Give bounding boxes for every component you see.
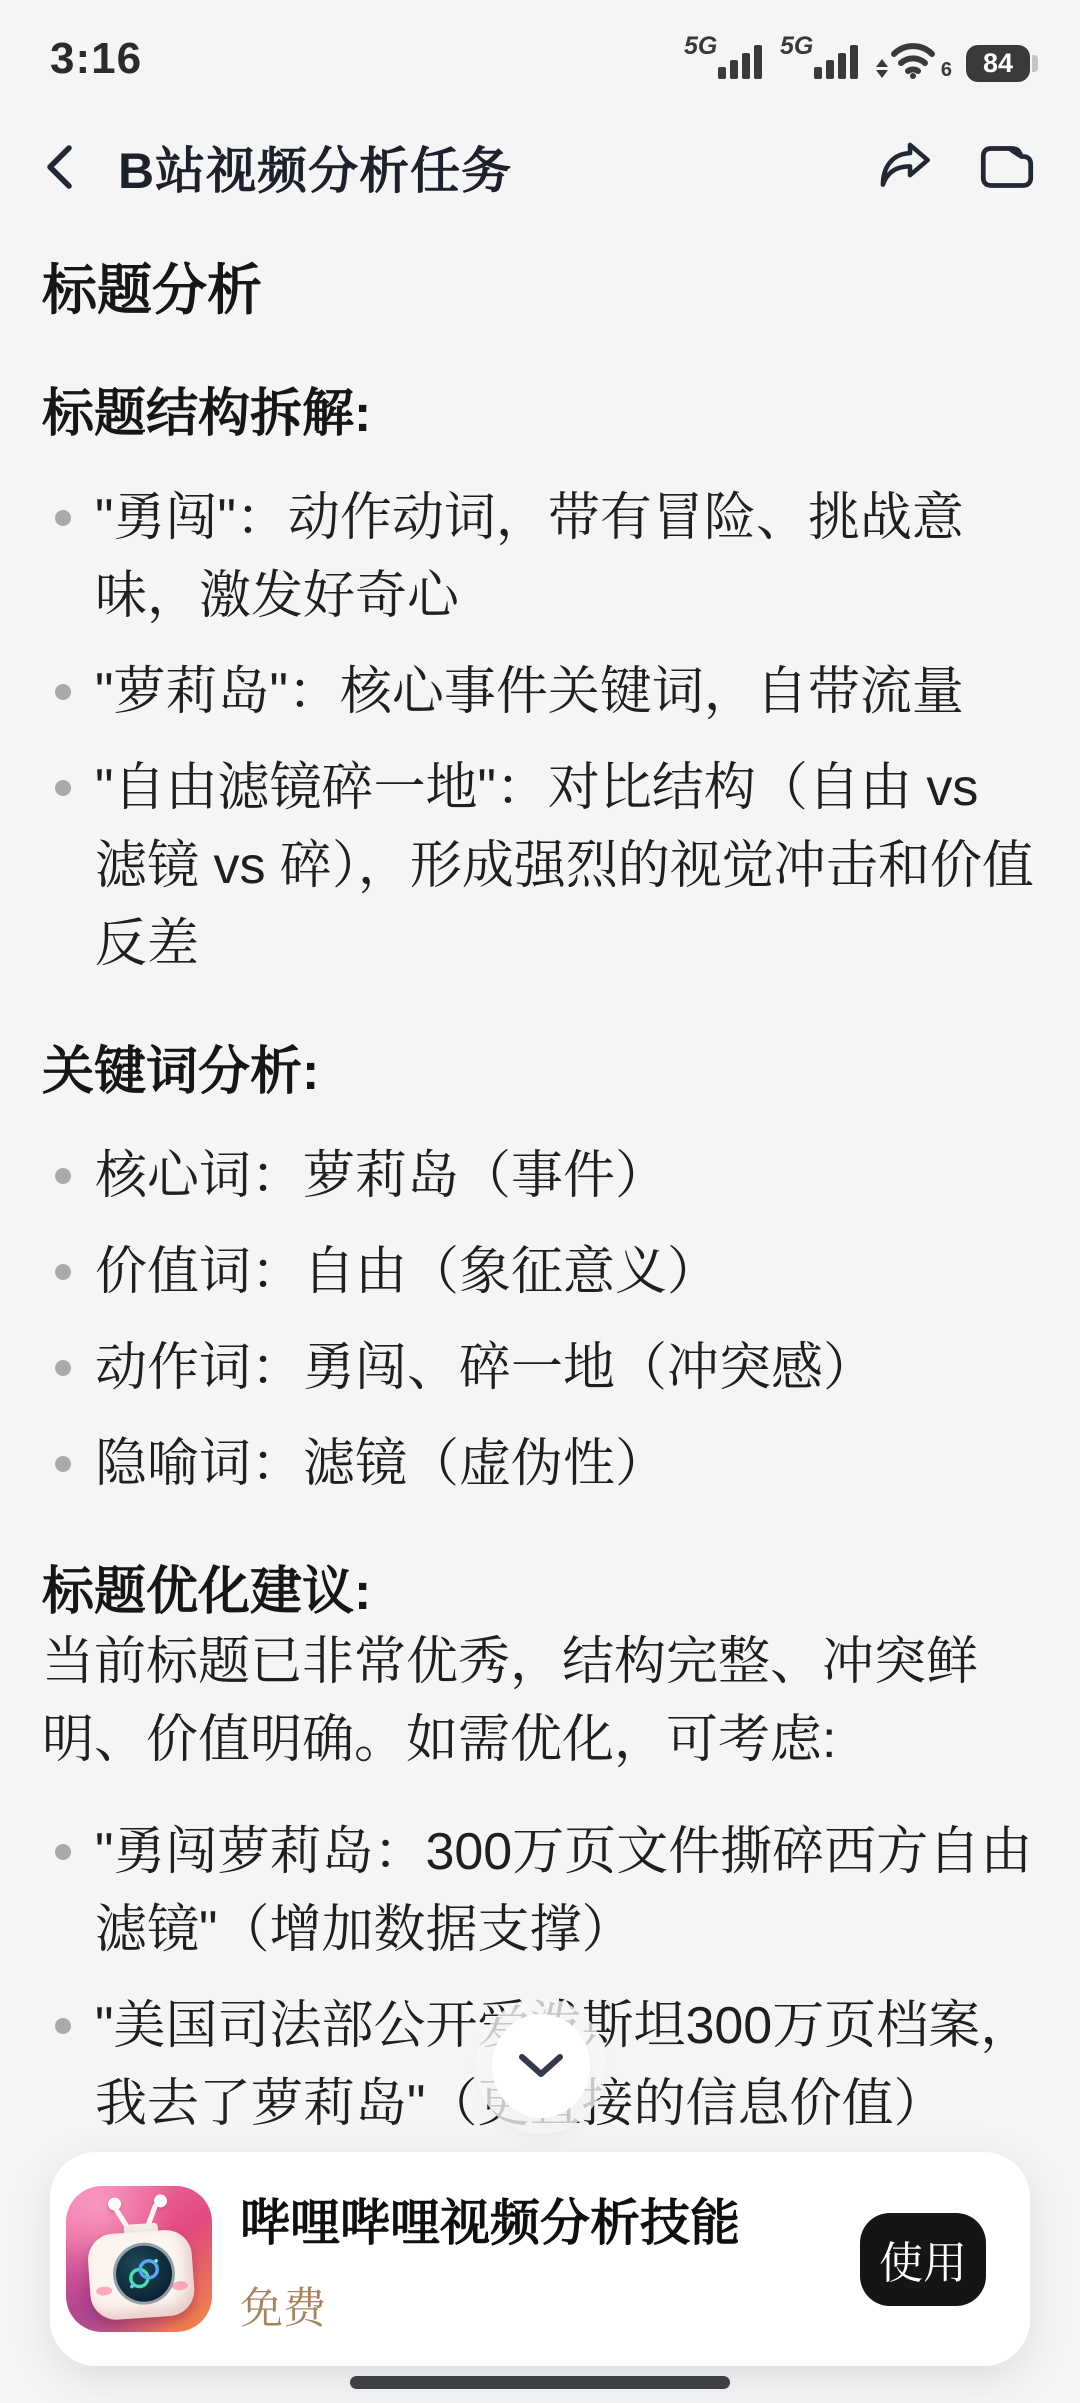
section-heading-optimization: 标题优化建议: xyxy=(42,1561,1038,1623)
bullet-list-keywords: 核心词：萝莉岛（事件） 价值词：自由（象征意义） 动作词：勇闯、碎一地（冲突感）… xyxy=(42,1137,1038,1503)
header-actions xyxy=(876,138,1036,196)
bullet-dot xyxy=(55,1456,71,1472)
cellular-signal-icon-2: 5G xyxy=(780,36,860,82)
bullet-dot xyxy=(55,1264,71,1280)
wifi-icon: 6 xyxy=(876,36,950,82)
list-item: "勇闯"：动作动词，带有冒险、挑战意味，激发好奇心 xyxy=(42,479,1038,635)
chevron-left-icon xyxy=(42,141,76,193)
status-bar: 3:16 5G 5G 6 84 xyxy=(0,0,1080,84)
scroll-down-button[interactable] xyxy=(492,2014,590,2118)
list-item: 动作词：勇闯、碎一地（冲突感） xyxy=(42,1329,1038,1407)
bullet-dot xyxy=(55,684,71,700)
share-button[interactable] xyxy=(876,138,934,196)
tv-screen-link-icon xyxy=(111,2241,177,2307)
tv-illustration xyxy=(66,2186,212,2332)
network-type-label-1: 5G xyxy=(684,32,717,61)
wifi6-label: 6 xyxy=(941,59,952,82)
list-item: "自由滤镜碎一地"：对比结构（自由 vs 滤镜 vs 碎），形成强烈的视觉冲击和… xyxy=(42,749,1038,983)
chevron-down-icon xyxy=(516,2053,566,2079)
bullet-dot xyxy=(55,780,71,796)
list-item: "勇闯萝莉岛：300万页文件撕碎西方自由滤镜"（增加数据支撑） xyxy=(42,1813,1038,1969)
bullet-text: 价值词：自由（象征意义） xyxy=(95,1243,719,1301)
list-item: 价值词：自由（象征意义） xyxy=(42,1233,1038,1311)
skill-price-badge: 免费 xyxy=(240,2275,740,2336)
bullet-dot xyxy=(55,2018,71,2034)
bullet-text: "萝莉岛"：核心事件关键词，自带流量 xyxy=(95,663,964,721)
optimization-paragraph: 当前标题已非常优秀，结构完整、冲突鲜明、价值明确。如需优化，可考虑: xyxy=(42,1623,1038,1779)
status-icons: 5G 5G 6 84 xyxy=(684,36,1038,84)
skill-title: 哔哩哔哩视频分析技能 xyxy=(240,2183,740,2255)
list-item: 核心词：萝莉岛（事件） xyxy=(42,1137,1038,1215)
home-indicator[interactable] xyxy=(350,2376,730,2389)
list-item: "萝莉岛"：核心事件关键词，自带流量 xyxy=(42,653,1038,731)
signal-bars-icon xyxy=(814,45,858,79)
nav-header: B站视频分析任务 xyxy=(0,124,1080,210)
folder-icon xyxy=(978,141,1036,193)
bullet-dot xyxy=(55,510,71,526)
skill-card[interactable]: 哔哩哔哩视频分析技能 免费 使用 xyxy=(50,2152,1030,2366)
wifi-traffic-arrows-icon xyxy=(876,59,888,78)
folder-button[interactable] xyxy=(978,138,1036,196)
back-button[interactable] xyxy=(42,139,82,195)
battery-level: 84 xyxy=(966,45,1030,82)
signal-bars-icon xyxy=(718,45,762,79)
list-item: 隐喻词：滤镜（虚伪性） xyxy=(42,1425,1038,1503)
battery-tip xyxy=(1032,55,1038,72)
bullet-text: "勇闯"：动作动词，带有冒险、挑战意味，激发好奇心 xyxy=(95,489,964,625)
page-title: B站视频分析任务 xyxy=(118,131,512,203)
bullet-dot xyxy=(55,1360,71,1376)
cellular-signal-icon-1: 5G xyxy=(684,36,764,82)
battery-icon: 84 xyxy=(966,45,1038,82)
wifi-arcs-icon xyxy=(890,39,936,79)
bullet-text: "勇闯萝莉岛：300万页文件撕碎西方自由滤镜"（增加数据支撑） xyxy=(95,1823,1032,1959)
bullet-dot xyxy=(55,1844,71,1860)
bullet-text: 动作词：勇闯、碎一地（冲突感） xyxy=(95,1339,875,1397)
bullet-list-structure: "勇闯"：动作动词，带有冒险、挑战意味，激发好奇心 "萝莉岛"：核心事件关键词，… xyxy=(42,479,1038,983)
bullet-text: "自由滤镜碎一地"：对比结构（自由 vs 滤镜 vs 碎），形成强烈的视觉冲击和… xyxy=(95,759,1034,973)
use-button[interactable]: 使用 xyxy=(860,2213,986,2306)
section-heading-keywords: 关键词分析: xyxy=(42,1041,1038,1103)
network-type-label-2: 5G xyxy=(780,32,813,61)
analysis-article: 标题分析 标题结构拆解: "勇闯"：动作动词，带有冒险、挑战意味，激发好奇心 "… xyxy=(0,246,1080,2143)
article-heading: 标题分析 xyxy=(42,246,1038,325)
bullet-text: 隐喻词：滤镜（虚伪性） xyxy=(95,1435,667,1493)
clock: 3:16 xyxy=(50,34,142,84)
share-forward-icon xyxy=(876,140,934,194)
skill-info: 哔哩哔哩视频分析技能 免费 xyxy=(240,2183,740,2336)
bullet-dot xyxy=(55,1168,71,1184)
bullet-text: 核心词：萝莉岛（事件） xyxy=(95,1147,667,1205)
bilibili-skill-app-icon xyxy=(66,2186,212,2332)
section-heading-structure: 标题结构拆解: xyxy=(42,383,1038,445)
